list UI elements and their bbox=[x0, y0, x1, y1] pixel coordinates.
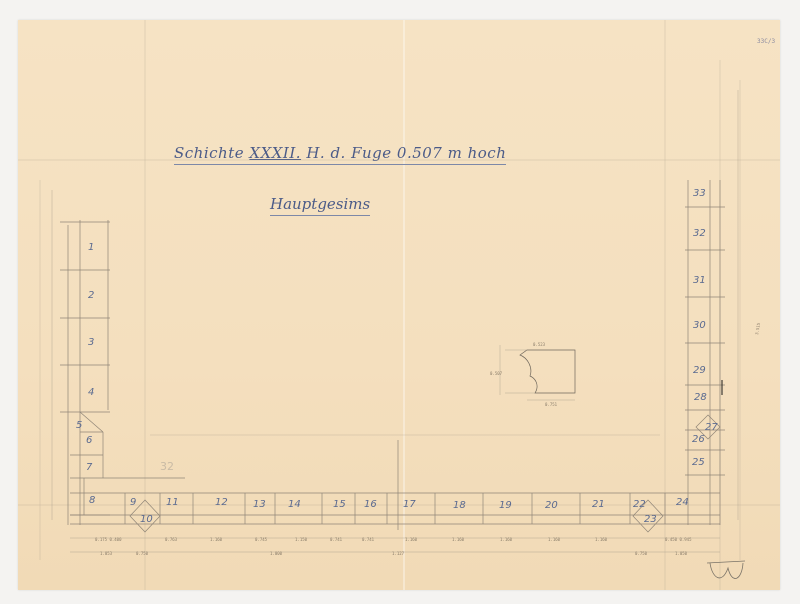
dimension-label: 0.763 bbox=[165, 537, 178, 542]
stone-number: 30 bbox=[693, 320, 706, 331]
stone-number: 1 bbox=[88, 242, 94, 253]
dimension-label: 1.053 bbox=[100, 551, 113, 556]
dimension-label: 0.450 0.945 bbox=[665, 537, 692, 542]
stone-number: 24 bbox=[676, 497, 689, 508]
dimension-label: 1.160 bbox=[210, 537, 223, 542]
stone-number: 5 bbox=[76, 420, 82, 431]
profile-dim-top: 0.523 bbox=[533, 342, 546, 347]
dimension-ticks bbox=[52, 90, 738, 552]
dimension-label: 1.160 bbox=[452, 537, 465, 542]
stone-number: 10 bbox=[140, 514, 153, 525]
stone-number: 21 bbox=[592, 499, 605, 510]
stone-number: 29 bbox=[693, 365, 706, 376]
faint-pencil-number: 32 bbox=[160, 460, 174, 473]
dimension-label: 1.150 bbox=[295, 537, 308, 542]
bottom-wall-outline bbox=[70, 440, 720, 532]
signature-mark bbox=[707, 561, 745, 579]
profile-dim-bottom: 0.751 bbox=[545, 402, 558, 407]
stone-number: 20 bbox=[545, 500, 558, 511]
stone-number: 18 bbox=[453, 500, 466, 511]
stone-number: 25 bbox=[692, 457, 705, 468]
stone-number: 32 bbox=[693, 228, 706, 239]
stone-number: 9 bbox=[130, 497, 136, 508]
stone-number: 8 bbox=[89, 495, 95, 506]
dimension-label: 1.160 bbox=[500, 537, 513, 542]
bottom-row-stone-numbers: 9 10 11 12 13 14 15 16 17 18 19 20 21 22… bbox=[130, 497, 689, 525]
stone-number: 31 bbox=[693, 275, 706, 286]
stone-number: 28 bbox=[694, 392, 707, 403]
stone-number: 4 bbox=[88, 387, 94, 398]
stone-number: 6 bbox=[86, 435, 92, 446]
stone-number: 16 bbox=[364, 499, 377, 510]
stone-number: 27 bbox=[705, 422, 718, 433]
stone-number: 14 bbox=[288, 499, 301, 510]
dimension-label: 0.750 bbox=[136, 551, 149, 556]
stone-number: 33 bbox=[693, 188, 706, 199]
dimension-label: 0.750 bbox=[635, 551, 648, 556]
dimension-label: 1.050 bbox=[675, 551, 688, 556]
left-column-stone-numbers: 1 2 3 4 5 6 7 8 bbox=[76, 242, 95, 506]
dimension-label: 0.741 bbox=[330, 537, 343, 542]
stone-number: 7 bbox=[86, 462, 93, 473]
stone-number: 13 bbox=[253, 499, 266, 510]
profile-dim-height: 0.507 bbox=[490, 371, 503, 376]
bottom-dimension-row-1: 0.175 0.400 0.763 1.160 0.745 1.150 0.74… bbox=[95, 537, 692, 542]
stone-number: 19 bbox=[499, 500, 512, 511]
stone-number: 11 bbox=[166, 497, 179, 508]
dimension-label: 1.127 bbox=[392, 551, 405, 556]
right-column-stone-numbers: 25 26 27 28 29 30 31 32 33 bbox=[692, 188, 718, 468]
stone-number: 22 bbox=[633, 499, 646, 510]
stone-number: 17 bbox=[403, 499, 416, 510]
right-side-note: 3.515 bbox=[754, 322, 761, 335]
plan-drawing: 0.523 0.751 0.507 1 2 3 4 5 6 7 8 9 10 1… bbox=[0, 0, 800, 604]
stone-number: 23 bbox=[644, 514, 657, 525]
dimension-label: 1.160 bbox=[548, 537, 561, 542]
stone-number: 12 bbox=[215, 497, 228, 508]
dimension-label: 1.000 bbox=[270, 551, 283, 556]
stone-number: 15 bbox=[333, 499, 346, 510]
dimension-label: 1.160 bbox=[595, 537, 608, 542]
left-wall-outline bbox=[60, 220, 185, 525]
bottom-dimension-row-2: 1.053 0.750 1.000 1.127 0.750 1.050 bbox=[100, 551, 688, 556]
cornice-profile-detail bbox=[500, 345, 575, 400]
stone-number: 2 bbox=[88, 290, 94, 301]
dimension-label: 1.160 bbox=[405, 537, 418, 542]
stone-number: 3 bbox=[88, 337, 94, 348]
dimension-label: 0.745 bbox=[255, 537, 268, 542]
dimension-label: 0.175 0.400 bbox=[95, 537, 122, 542]
stone-number: 26 bbox=[692, 434, 705, 445]
dimension-label: 0.741 bbox=[362, 537, 375, 542]
